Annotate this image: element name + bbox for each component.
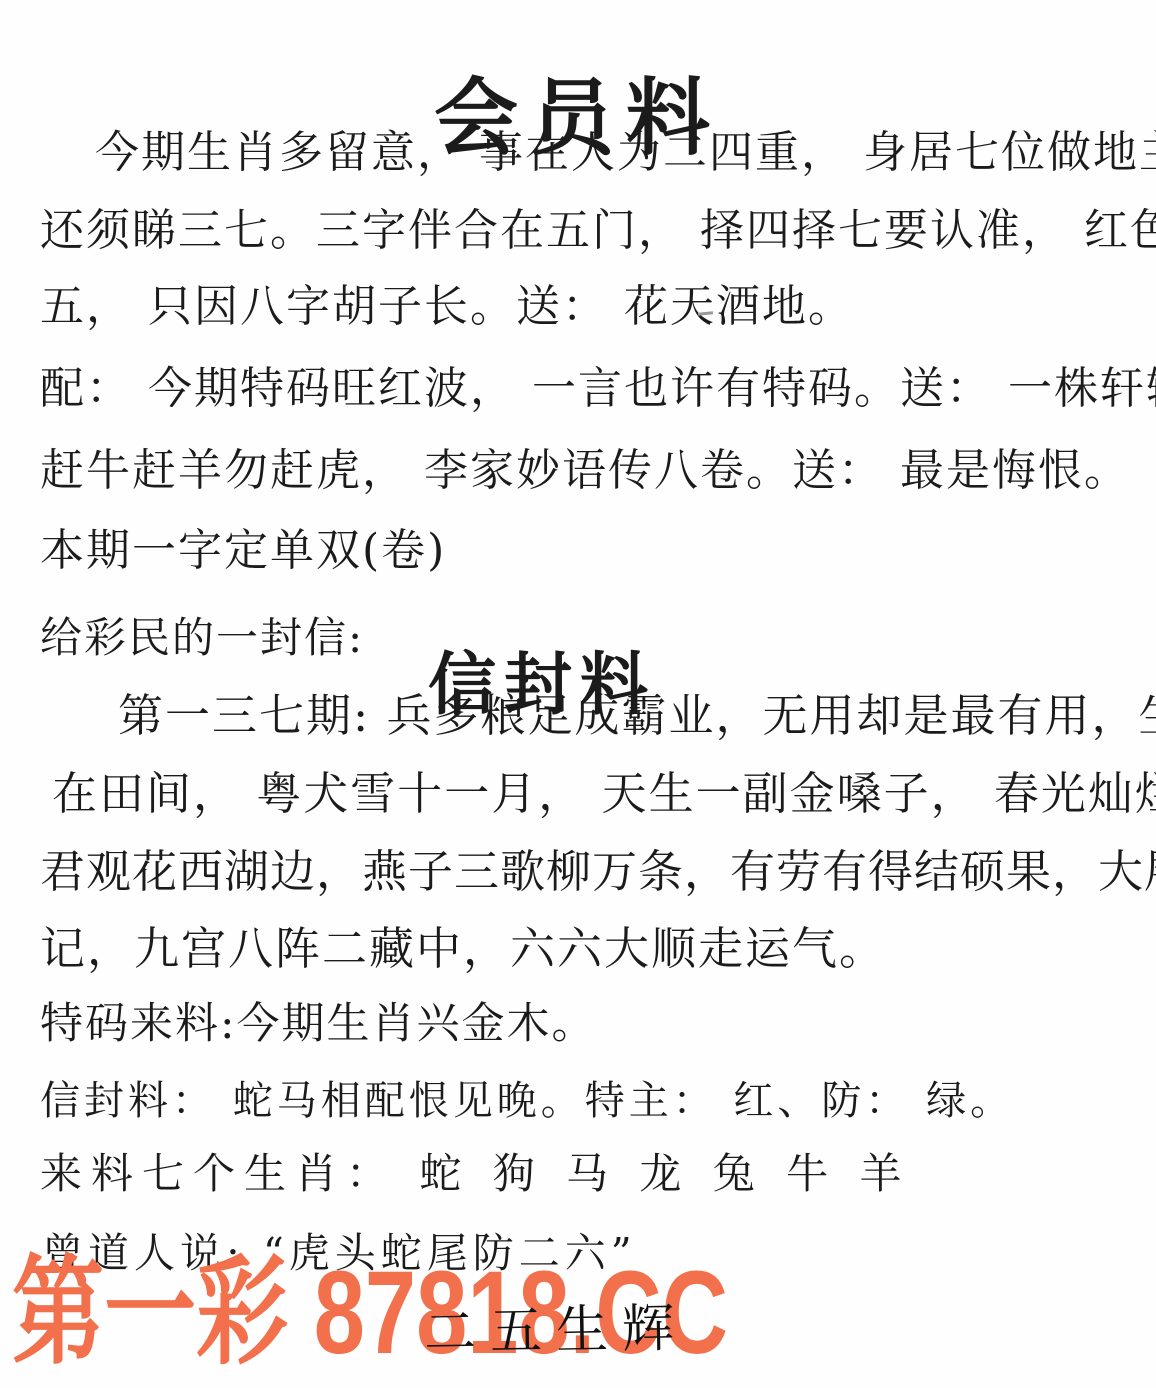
envelope-intro-label: 给彩民的一封信: [40,614,364,662]
scanned-document-page: 会员料 今期生肖多留意， 事在人为二四重， 身居七位做地主， 买卖 还须睇三七。… [0,0,1156,1388]
member-paragraph-line-1: 今期生肖多留意， 事在人为二四重， 身居七位做地主， 买卖 [95,128,1156,179]
member-tip-line-zodiac: 赶牛赶羊勿赶虎， 李家妙语传八卷。送： 最是悔恨。 [40,446,1130,497]
envelope-line-issue: 第一三七期: 兵多粮足成霸业，无用却是最有用，生财有道 [118,690,1156,742]
member-tip-line-single-double: 本期一字定单双(卷) [40,526,446,577]
member-paragraph-line-2: 还须睇三七。三字伴合在五门， 择四择七要认准， 红色一码旺二 [40,206,1156,257]
envelope-material-tip-line: 信封料： 蛇马相配恨见晚。特主： 红、防： 绿。 [40,1078,1014,1124]
member-tip-line-pei: 配： 今期特码旺红波， 一言也许有特码。送： 一株轩辕所手植。 [40,364,1156,415]
special-code-tip-line: 特码来料:今期生肖兴金木。 [40,1000,597,1049]
envelope-line-4: 记，九宫八阵二藏中，六六大顺走运气。 [40,923,886,975]
footer-handwriting-text: 二五生辉 [423,1286,688,1366]
seven-zodiac-tip-line: 来料七个生肖： 蛇 狗 马 龙 兔 牛 羊 [40,1150,910,1198]
envelope-line-3: 君观花西湖边，燕子三歌柳万条，有劳有得结硕果，大展鸿图七字 [40,846,1156,898]
member-paragraph-line-3: 五， 只因八字胡子长。送： 花天酒地。 [40,282,854,333]
envelope-line-2: 在田间， 粤犬雪十一月， 天生一副金嗓子， 春光灿烂花正艳， 伴 [52,768,1156,820]
